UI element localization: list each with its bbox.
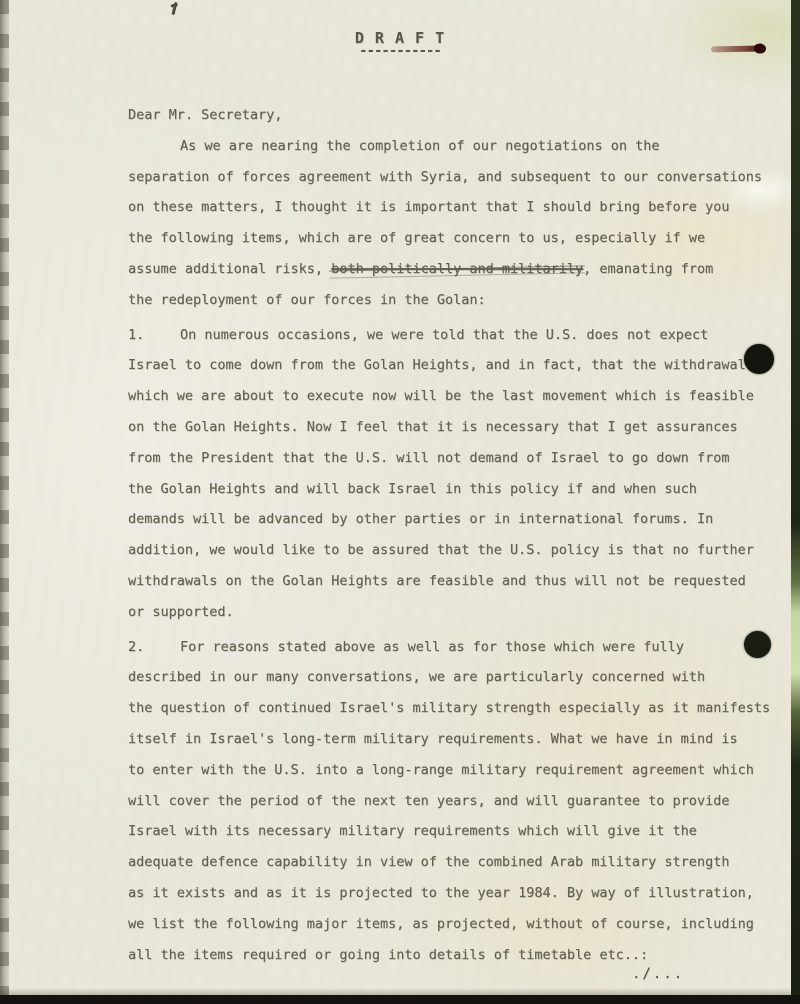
letter-line: Israel with its necessary military requi… (128, 816, 800, 847)
letter-line: Israel to come down from the Golan Heigh… (128, 350, 800, 381)
letter-line: will cover the period of the next ten ye… (128, 786, 800, 817)
letter-line: withdrawals on the Golan Heights are fea… (128, 566, 800, 597)
letter-line: adequate defence capability in view of t… (128, 847, 800, 878)
letter-line: to enter with the U.S. into a long-range… (128, 755, 800, 786)
numbered-paragraph-start: 1.On numerous occasions, we were told th… (128, 320, 800, 351)
salutation: Dear Mr. Secretary, (128, 100, 800, 131)
paragraph-number: 1. (128, 320, 180, 351)
hole-punch-icon (744, 631, 771, 658)
struck-through-text: both politically and militarily (331, 261, 583, 277)
letter-line: addition, we would like to be assured th… (128, 535, 800, 566)
letter-line: the redeployment of our forces in the Go… (128, 285, 800, 316)
letter-line: itself in Israel's long-term military re… (128, 724, 800, 755)
letter-line-with-strikethrough: assume additional risks, both politicall… (128, 254, 800, 285)
letter-line: which we are about to execute now will b… (128, 381, 800, 412)
letter-line: on the Golan Heights. Now I feel that it… (128, 412, 800, 443)
letter-line: the Golan Heights and will back Israel i… (128, 474, 800, 505)
letter-body: Dear Mr. Secretary, As we are nearing th… (128, 100, 800, 970)
scan-edge-bottom (0, 995, 800, 1004)
letter-line: on these matters, I thought it is import… (128, 192, 800, 223)
letter-line: or supported. (128, 597, 800, 628)
letter-line: all the items required or going into det… (128, 940, 800, 971)
letter-line: the question of continued Israel's milit… (128, 693, 800, 724)
strike-post-text: , emanating from (583, 261, 713, 277)
hole-punch-icon (744, 344, 774, 374)
scan-edge-left (0, 0, 9, 1004)
paragraph-number: 2. (128, 632, 180, 663)
page-continuation-mark: ./... (632, 966, 684, 982)
letter-line: as it exists and as it is projected to t… (128, 878, 800, 909)
scan-edge-bottom-shadow (0, 988, 800, 995)
numbered-paragraph-start: 2.For reasons stated above as well as fo… (128, 632, 800, 663)
scan-edge-right (791, 0, 800, 1004)
letter-line: For reasons stated above as well as for … (180, 639, 684, 655)
letter-line: the following items, which are of great … (128, 223, 800, 254)
letter-line: we list the following major items, as pr… (128, 909, 800, 940)
letter-line: demands will be advanced by other partie… (128, 504, 800, 535)
letter-line: As we are nearing the completion of our … (128, 131, 800, 162)
scanned-letter-page: { "page": { "heading": "D R A F T", "hea… (0, 0, 800, 1004)
draft-heading-underline: ----------- (0, 45, 800, 57)
letter-line: separation of forces agreement with Syri… (128, 162, 800, 193)
letter-line: described in our many conversations, we … (128, 662, 800, 693)
strike-pre-text: assume additional risks, (128, 261, 331, 277)
letter-line: from the President that the U.S. will no… (128, 443, 800, 474)
letter-line: On numerous occasions, we were told that… (180, 327, 708, 343)
